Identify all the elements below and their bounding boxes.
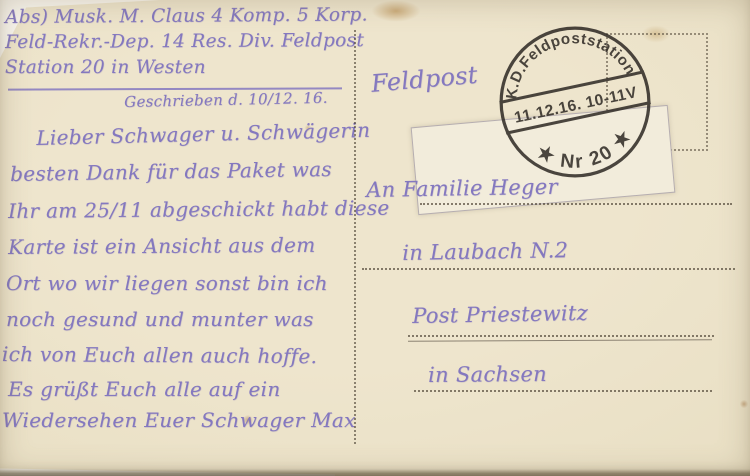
card-bottom-edge-shadow [0,469,750,476]
message-line: Wiedersehen Euer Schwager Max [2,408,356,432]
message-line: ich von Euch allen auch hoffe. [2,342,317,368]
feldpost-word: Feldpost [370,61,479,98]
address-line-3: Post Priestewitz [412,301,588,328]
message-line: Ort wo wir liegen sonst bin ich [6,271,328,295]
address-hand-underline [408,339,712,342]
sender-line-1: Abs) Musk. M. Claus 4 Komp. 5 Korp. [5,4,368,28]
sender-line-2: Feld-Rekr.-Dep. 14 Res. Div. Feldpost [5,30,364,53]
address-line-4: in Sachsen [428,362,547,387]
address-dotted-line [420,203,732,205]
address-line-2: in Laubach N.2 [402,238,569,265]
message-line: besten Dank für das Paket was [10,157,332,186]
postmark-bottom-arc-text: ★ Nr 20 ★ [530,122,642,182]
message-line: Lieber Schwager u. Schwägerin [36,118,371,150]
message-line: Es grüßt Euch alle auf ein [8,377,281,401]
address-dotted-line [362,268,735,270]
address-line-1: An Familie Heger [366,175,558,202]
svg-text:★ Nr 20 ★: ★ Nr 20 ★ [530,122,642,182]
message-line: Karte ist ein Ansicht aus dem [8,233,316,259]
message-line: noch gesund und munter was [6,307,314,331]
sender-line-3: Station 20 in Westen [5,57,206,78]
postmark-date-text: 11.12.16. 10-11V [513,84,639,127]
postmark-stamp: K.D.Feldpoststation ★ Nr 20 ★ 11.12.16. … [473,0,677,204]
message-line: Ihr am 25/11 abgeschickt habt diese [8,196,390,223]
date-line: Geschrieben d. 10/12. 16. [124,89,328,111]
address-dotted-line [408,335,714,337]
address-dotted-line [414,390,712,392]
center-divider-dotted-line [354,30,356,444]
postcard-scan: Abs) Musk. M. Claus 4 Komp. 5 Korp. Feld… [0,0,750,476]
